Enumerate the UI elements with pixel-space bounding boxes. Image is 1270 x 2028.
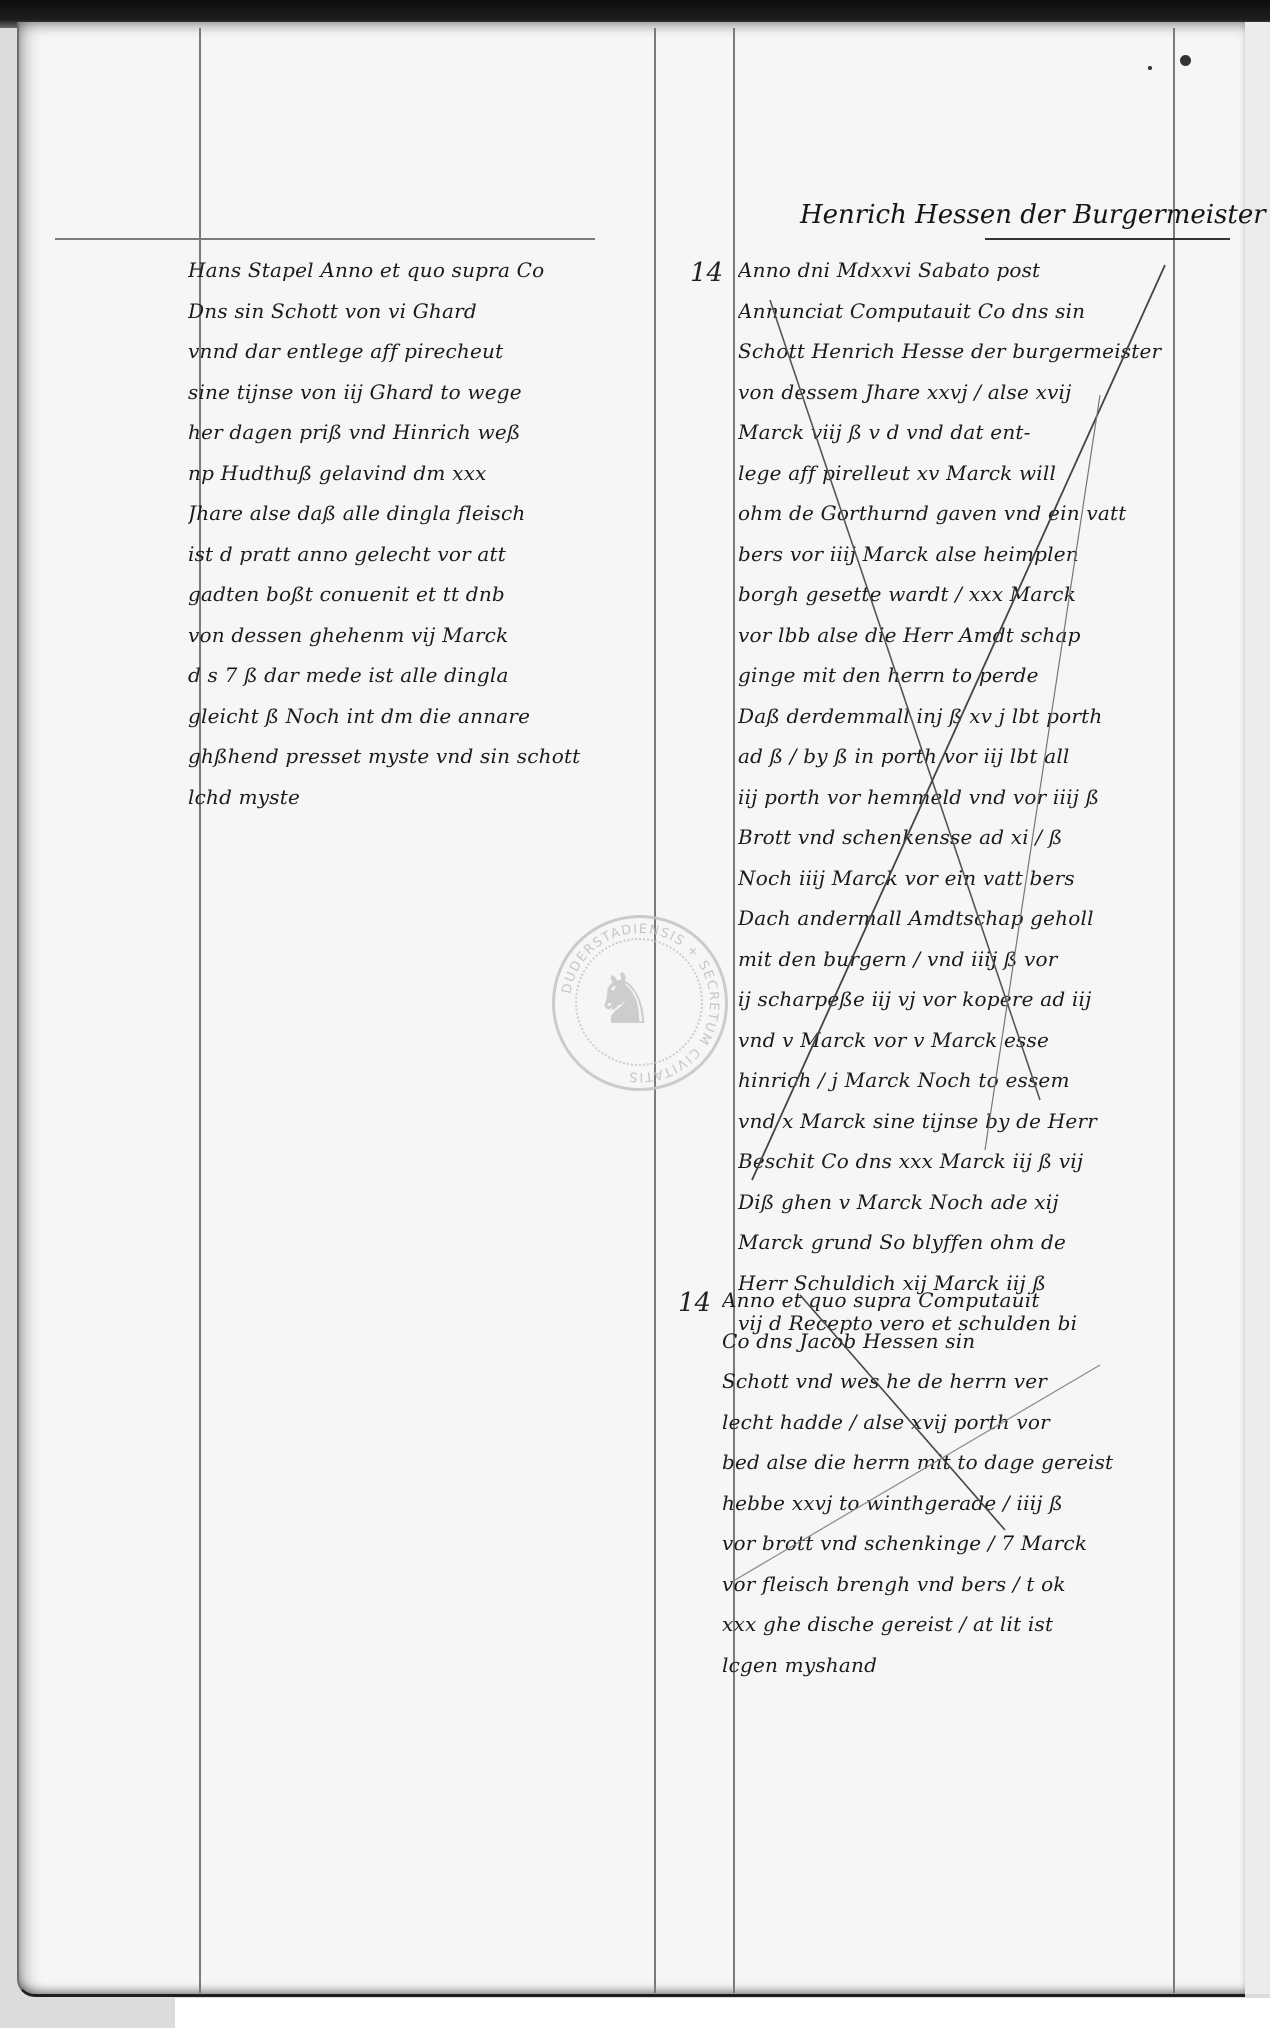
text-line: von dessen ghehenm vij Marck: [188, 615, 658, 656]
text-line: mit den burgern / vnd iiij ß vor: [738, 939, 1178, 980]
text-line: hebbe xxvj to winthgerade / iiij ß: [722, 1483, 1172, 1524]
text-line: hinrich / j Marck Noch to essem: [738, 1060, 1178, 1101]
text-line: Schott vnd wes he de herrn ver: [722, 1361, 1172, 1402]
right-column-entry-1: Anno dni Mdxxvi Sabato post Annunciat Co…: [738, 250, 1178, 1344]
text-line: her dagen priß vnd Hinrich weß: [188, 412, 658, 453]
text-line: xxx ghe dische gereist / at lit ist: [722, 1604, 1172, 1645]
text-line: Daß derdemmall inj ß xv j lbt porth: [738, 696, 1178, 737]
text-line: d s 7 ß dar mede ist alle dingla: [188, 655, 658, 696]
text-line: lege aff pirelleut xv Marck will: [738, 453, 1178, 494]
text-line: lchd myste: [188, 777, 658, 818]
text-line: iij porth vor hemmeld vnd vor iiij ß: [738, 777, 1178, 818]
text-line: Co dns Jacob Hessen sin: [722, 1321, 1172, 1362]
text-line: ad ß / by ß in porth vor iij lbt all: [738, 736, 1178, 777]
text-line: ohm de Gorthurnd gaven vnd ein vatt: [738, 493, 1178, 534]
text-line: vor fleisch brengh vnd bers / t ok: [722, 1564, 1172, 1605]
lion-emblem-icon: ♞: [593, 958, 656, 1040]
seal-separator: +: [683, 943, 702, 962]
text-line: Dns sin Schott von vi Ghard: [188, 291, 658, 332]
left-column-entry: Hans Stapel Anno et quo supra Co Dns sin…: [188, 250, 658, 817]
text-line: Hans Stapel Anno et quo supra Co: [188, 250, 658, 291]
text-line: ghßhend presset myste vnd sin schott: [188, 736, 658, 777]
text-line: ist d pratt anno gelecht vor att: [188, 534, 658, 575]
text-line: Marck grund So blyffen ohm de: [738, 1222, 1178, 1263]
text-line: Noch iiij Marck vor ein vatt bers: [738, 858, 1178, 899]
text-line: Brott vnd schenkensse ad xi / ß: [738, 817, 1178, 858]
text-line: vnnd dar entlege aff pirecheut: [188, 331, 658, 372]
text-line: Dach andermall Amdtschap geholl: [738, 898, 1178, 939]
text-line: vor brott vnd schenkinge / 7 Marck: [722, 1523, 1172, 1564]
ink-blot: [1180, 55, 1191, 66]
archive-seal-stamp: DUDERSTADIENSIS + SECRETUM CIVITATIS ♞: [552, 915, 728, 1091]
text-line: vnd v Marck vor v Marck esse: [738, 1020, 1178, 1061]
text-line: vor lbb alse die Herr Amdt schap: [738, 615, 1178, 656]
text-line: Annunciat Computauit Co dns sin: [738, 291, 1178, 332]
next-leaf-edge: [1243, 22, 1270, 1994]
text-line: vnd x Marck sine tijnse by de Herr: [738, 1101, 1178, 1142]
right-column-left-rule: [733, 28, 735, 1993]
ink-speck: [1148, 66, 1152, 70]
text-line: gadten boßt conuenit et tt dnb: [188, 574, 658, 615]
margin-number: 14: [678, 1288, 711, 1318]
text-line: borgh gesette wardt / xxx Marck: [738, 574, 1178, 615]
text-line: Schott Henrich Hesse der burgermeister: [738, 331, 1178, 372]
text-line: von dessem Jhare xxvj / alse xvij: [738, 372, 1178, 413]
scan-footer-strip: [175, 1998, 1270, 2028]
text-line: Beschit Co dns xxx Marck iij ß vij: [738, 1141, 1178, 1182]
header-rule-left: [55, 238, 595, 240]
text-line: ij scharpeße iij vj vor kopere ad iij: [738, 979, 1178, 1020]
text-line: lecht hadde / alse xvij porth vor: [722, 1402, 1172, 1443]
text-line: lcgen myshand: [722, 1645, 1172, 1686]
text-line: gleicht ß Noch int dm die annare: [188, 696, 658, 737]
text-line: np Hudthuß gelavind dm xxx: [188, 453, 658, 494]
right-column-entry-2: Anno et quo supra Computauit Co dns Jaco…: [722, 1280, 1172, 1685]
text-line: Anno dni Mdxxvi Sabato post: [738, 250, 1178, 291]
entry-heading: Henrich Hessen der Burgermeister: [800, 200, 1266, 230]
text-line: Anno et quo supra Computauit: [722, 1280, 1172, 1321]
text-line: bed alse die herrn mit to dage gereist: [722, 1442, 1172, 1483]
text-line: bers vor iiij Marck alse heimplen: [738, 534, 1178, 575]
text-line: sine tijnse von iij Ghard to wege: [188, 372, 658, 413]
text-line: Jhare alse daß alle dingla fleisch: [188, 493, 658, 534]
margin-number: 14: [690, 258, 723, 288]
text-line: Diß ghen v Marck Noch ade xij: [738, 1182, 1178, 1223]
header-rule-right: [985, 238, 1230, 240]
text-line: Marck viij ß v d vnd dat ent-: [738, 412, 1178, 453]
text-line: ginge mit den herrn to perde: [738, 655, 1178, 696]
